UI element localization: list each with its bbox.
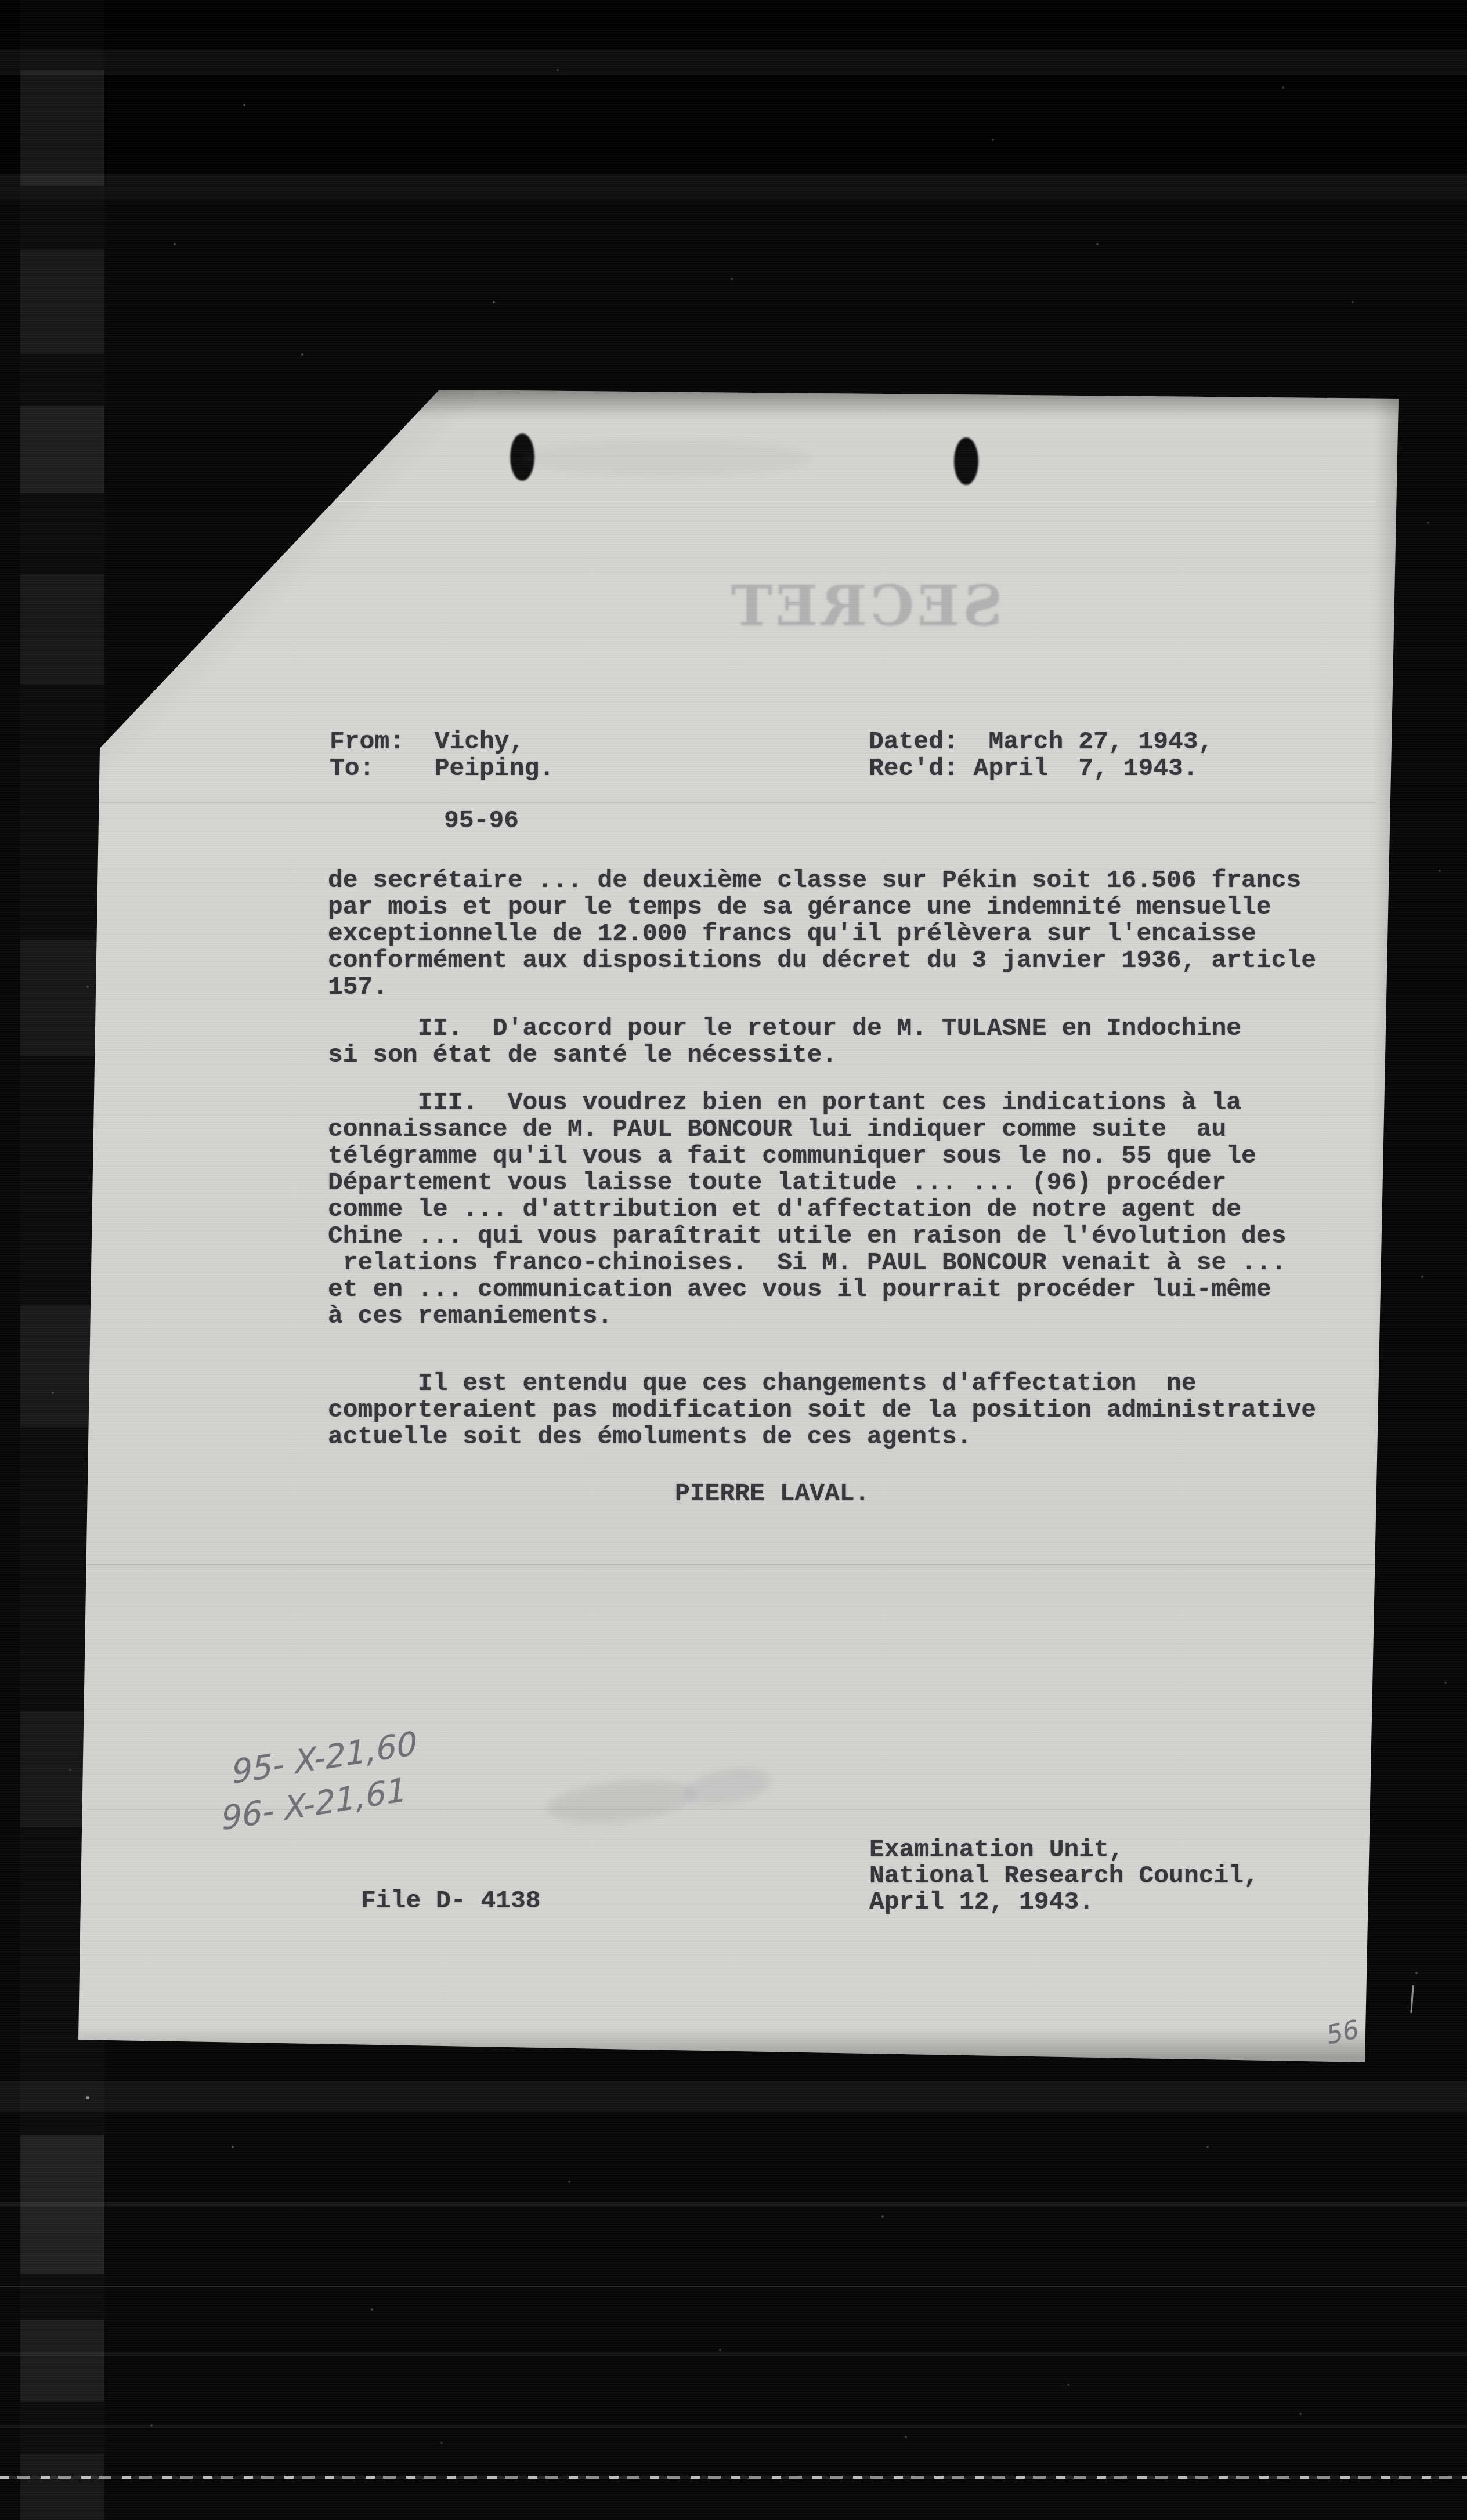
scan-artifact-line bbox=[87, 501, 1375, 502]
body-line: connaissance de M. PAUL BONCOUR lui indi… bbox=[328, 1116, 1286, 1143]
body-line: Il est entendu que ces changements d'aff… bbox=[328, 1370, 1316, 1397]
body-line: de secrétaire ... de deuxième classe sur… bbox=[328, 867, 1316, 894]
edge-shadow bbox=[70, 371, 476, 777]
film-scratch bbox=[1410, 1985, 1414, 2013]
scanned-document-page: SECRET From: Vichy, Dated: March 27, 194… bbox=[0, 0, 1467, 2520]
telegram-number: 95-96 bbox=[444, 808, 519, 834]
body-line: Département vous laisse toute latitude .… bbox=[328, 1170, 1286, 1196]
body-line: III. Vous voudrez bien en portant ces in… bbox=[328, 1089, 1286, 1116]
paragraph-2: II. D'accord pour le retour de M. TULASN… bbox=[328, 1015, 1241, 1069]
scan-band bbox=[0, 2081, 1467, 2112]
header-line-to-recd: To: Peiping. Rec'd: April 7, 1943. bbox=[330, 755, 1213, 782]
body-line: actuelle soit des émoluments de ces agen… bbox=[328, 1424, 1316, 1450]
secret-stamp-showthrough: SECRET bbox=[742, 573, 1003, 643]
body-line: relations franco-chinoises. Si M. PAUL B… bbox=[328, 1250, 1286, 1276]
scan-band bbox=[0, 2286, 1467, 2287]
body-line: 157. bbox=[328, 974, 1316, 1001]
ink-showthrough-smudge bbox=[522, 441, 812, 476]
body-line: comme le ... d'attribution et d'affectat… bbox=[328, 1196, 1286, 1223]
scan-band bbox=[0, 2352, 1467, 2356]
pencil-showthrough-smudge bbox=[682, 1762, 774, 1811]
dust-specks bbox=[0, 0, 1, 1]
body-line: Chine ... qui vous paraîtrait utile en r… bbox=[328, 1223, 1286, 1250]
body-line: comporteraient pas modification soit de … bbox=[328, 1397, 1316, 1424]
scan-band bbox=[0, 2202, 1467, 2207]
footer-line: April 12, 1943. bbox=[869, 1889, 1259, 1915]
paragraph-1: de secrétaire ... de deuxième classe sur… bbox=[328, 867, 1316, 1001]
paragraph-4: Il est entendu que ces changements d'aff… bbox=[328, 1370, 1316, 1450]
footer-line: Examination Unit, bbox=[869, 1837, 1259, 1863]
body-line: II. D'accord pour le retour de M. TULASN… bbox=[328, 1015, 1241, 1042]
scan-band bbox=[0, 49, 1467, 75]
body-line: par mois et pour le temps de sa gérance … bbox=[328, 894, 1316, 921]
scan-band bbox=[0, 174, 1467, 200]
footer-line: National Research Council, bbox=[869, 1863, 1259, 1889]
body-line: conformément aux dispositions du décret … bbox=[328, 947, 1316, 974]
body-line: exceptionnelle de 12.000 francs qu'il pr… bbox=[328, 921, 1316, 947]
header-line-from-dated: From: Vichy, Dated: March 27, 1943, bbox=[330, 729, 1213, 755]
edge-shadow bbox=[406, 383, 1422, 429]
paragraph-3: III. Vous voudrez bien en portant ces in… bbox=[328, 1089, 1286, 1330]
body-line: si son état de santé le nécessite. bbox=[328, 1042, 1241, 1069]
edge-shadow bbox=[75, 2012, 1370, 2064]
body-line: et en ... communication avec vous il pou… bbox=[328, 1276, 1286, 1303]
scan-artifact-line bbox=[0, 2476, 1467, 2479]
telegram-header: From: Vichy, Dated: March 27, 1943, To: … bbox=[330, 729, 1213, 782]
file-reference: File D- 4138 bbox=[361, 1888, 541, 1914]
punch-hole bbox=[954, 437, 978, 485]
scan-artifact-line bbox=[87, 1564, 1375, 1565]
body-line: télégramme qu'il vous a fait communiquer… bbox=[328, 1143, 1286, 1170]
examination-unit-block: Examination Unit, National Research Coun… bbox=[869, 1837, 1259, 1915]
body-line: à ces remaniements. bbox=[328, 1303, 1286, 1330]
pencil-showthrough-smudge bbox=[544, 1773, 698, 1830]
scan-artifact-line bbox=[87, 802, 1375, 803]
scanner-bed-top bbox=[0, 0, 1467, 174]
edge-shadow bbox=[1374, 383, 1409, 2065]
signature: PIERRE LAVAL. bbox=[675, 1480, 869, 1507]
scan-band bbox=[0, 2425, 1467, 2428]
